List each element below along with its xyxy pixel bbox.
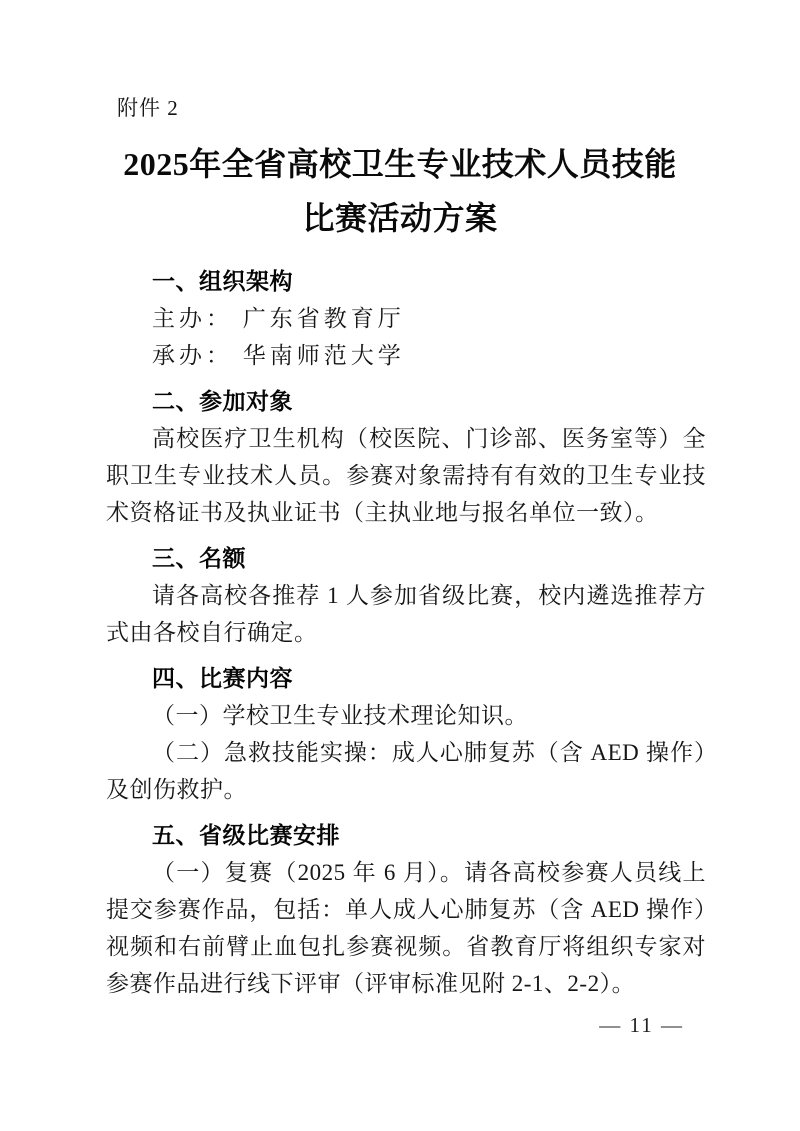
schedule-paragraph: （一）复赛（2025 年 6 月）。请各高校参赛人员线上提交参赛作品，包括：单人… <box>106 854 706 1002</box>
host-line: 主办： 广东省教育厅 <box>106 300 706 337</box>
page-number: — 11 — <box>599 1013 684 1038</box>
document-title-line-2: 比赛活动方案 <box>0 191 800 245</box>
section-heading-schedule: 五、省级比赛安排 <box>106 817 706 854</box>
attachment-label: 附件 2 <box>117 92 179 122</box>
contest-content-item-1: （一）学校卫生专业技术理论知识。 <box>106 697 706 734</box>
document-body: 一、组织架构 主办： 广东省教育厅 承办： 华南师范大学 二、参加对象 高校医疗… <box>106 263 706 1002</box>
section-heading-quota: 三、名额 <box>106 540 706 577</box>
contest-content-item-2: （二）急救技能实操：成人心肺复苏（含 AED 操作）及创伤救护。 <box>106 734 706 808</box>
section-heading-organization: 一、组织架构 <box>106 263 706 300</box>
document-title-line-1: 2025年全省高校卫生专业技术人员技能 <box>0 137 800 191</box>
participants-paragraph: 高校医疗卫生机构（校医院、门诊部、医务室等）全职卫生专业技术人员。参赛对象需持有… <box>106 420 706 531</box>
document-title: 2025年全省高校卫生专业技术人员技能 比赛活动方案 <box>0 137 800 245</box>
organizer-line: 承办： 华南师范大学 <box>106 337 706 374</box>
quota-paragraph: 请各高校各推荐 1 人参加省级比赛，校内遴选推荐方式由各校自行确定。 <box>106 577 706 651</box>
section-heading-participants: 二、参加对象 <box>106 383 706 420</box>
section-heading-contest-content: 四、比赛内容 <box>106 660 706 697</box>
document-page: 附件 2 2025年全省高校卫生专业技术人员技能 比赛活动方案 一、组织架构 主… <box>0 0 800 1131</box>
